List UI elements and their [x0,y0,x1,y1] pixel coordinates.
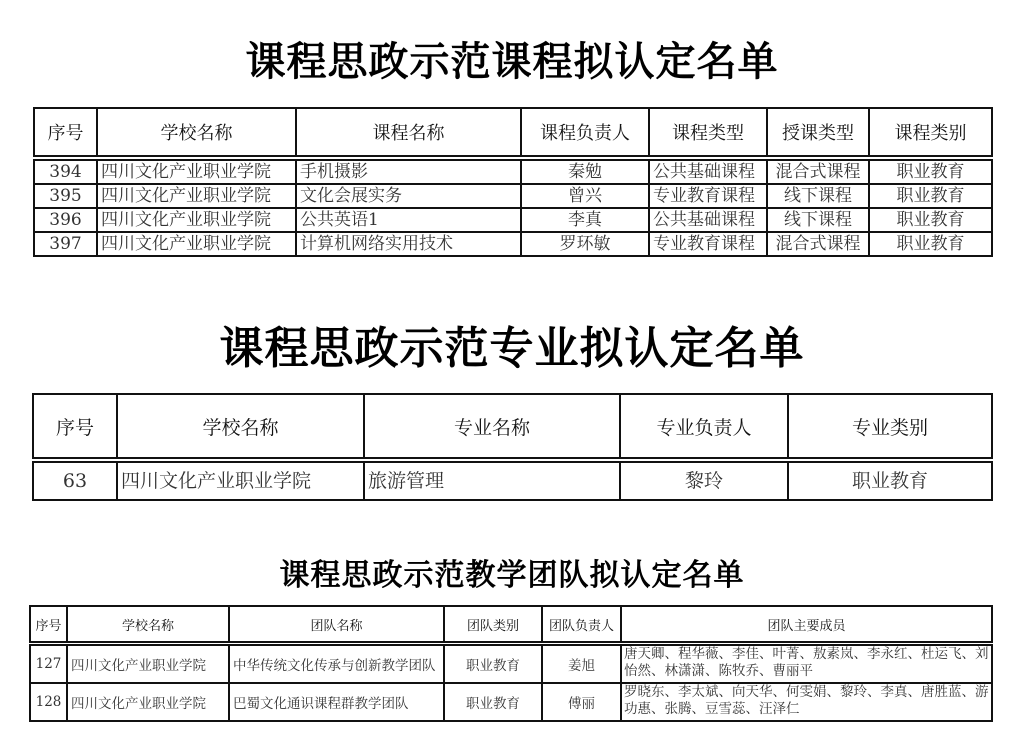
team-table: 127 四川文化产业职业学院 中华传统文化传承与创新教学团队 职业教育 姜旭 唐… [29,644,993,722]
col-header-team: 团队名称 [229,606,444,642]
team-table-header: 序号 学校名称 团队名称 团队类别 团队负责人 团队主要成员 [29,605,993,643]
cell-school: 四川文化产业职业学院 [97,232,296,256]
col-header-index: 序号 [30,606,67,642]
cell-category: 职业教育 [869,208,992,232]
major-table-header: 序号 学校名称 专业名称 专业负责人 专业类别 [32,393,993,459]
col-header-category: 专业类别 [788,394,992,458]
course-table: 394 四川文化产业职业学院 手机摄影 秦勉 公共基础课程 混合式课程 职业教育… [33,159,993,257]
cell-index: 394 [34,160,97,184]
col-header-leader: 专业负责人 [620,394,788,458]
col-header-course-type: 课程类型 [649,108,767,156]
cell-leader: 曾兴 [521,184,649,208]
cell-teaching-type: 混合式课程 [767,160,869,184]
cell-teaching-type: 线下课程 [767,208,869,232]
cell-major: 旅游管理 [364,462,620,500]
cell-index: 397 [34,232,97,256]
cell-course: 文化会展实务 [296,184,521,208]
cell-leader: 黎玲 [620,462,788,500]
cell-school: 四川文化产业职业学院 [97,160,296,184]
cell-category: 职业教育 [444,683,542,721]
cell-category: 职业教育 [869,232,992,256]
cell-school: 四川文化产业职业学院 [67,683,229,721]
header-row: 序号 学校名称 团队名称 团队类别 团队负责人 团队主要成员 [30,606,992,642]
cell-category: 职业教育 [869,184,992,208]
team-list-title: 课程思政示范教学团队拟认定名单 [0,550,1024,594]
cell-team: 中华传统文化传承与创新教学团队 [229,645,444,683]
major-table: 63 四川文化产业职业学院 旅游管理 黎玲 职业教育 [32,461,993,501]
cell-school: 四川文化产业职业学院 [97,208,296,232]
table-row: 395 四川文化产业职业学院 文化会展实务 曾兴 专业教育课程 线下课程 职业教… [34,184,992,208]
col-header-leader: 课程负责人 [521,108,649,156]
cell-team: 巴蜀文化通识课程群教学团队 [229,683,444,721]
cell-school: 四川文化产业职业学院 [67,645,229,683]
cell-category: 职业教育 [788,462,992,500]
cell-index: 128 [30,683,67,721]
col-header-course: 课程名称 [296,108,521,156]
cell-school: 四川文化产业职业学院 [117,462,364,500]
cell-leader: 秦勉 [521,160,649,184]
cell-leader: 傅丽 [542,683,621,721]
col-header-leader: 团队负责人 [542,606,621,642]
cell-school: 四川文化产业职业学院 [97,184,296,208]
col-header-index: 序号 [34,108,97,156]
table-row: 127 四川文化产业职业学院 中华传统文化传承与创新教学团队 职业教育 姜旭 唐… [30,645,992,683]
col-header-index: 序号 [33,394,117,458]
col-header-major: 专业名称 [364,394,620,458]
cell-course-type: 公共基础课程 [649,160,767,184]
col-header-category: 团队类别 [444,606,542,642]
col-header-school: 学校名称 [67,606,229,642]
cell-course-type: 专业教育课程 [649,184,767,208]
cell-leader: 李真 [521,208,649,232]
cell-teaching-type: 线下课程 [767,184,869,208]
table-row: 128 四川文化产业职业学院 巴蜀文化通识课程群教学团队 职业教育 傅丽 罗晓东… [30,683,992,721]
header-row: 序号 学校名称 课程名称 课程负责人 课程类型 授课类型 课程类别 [34,108,992,156]
table-row: 63 四川文化产业职业学院 旅游管理 黎玲 职业教育 [33,462,992,500]
course-list-title: 课程思政示范课程拟认定名单 [0,30,1024,87]
cell-course: 公共英语1 [296,208,521,232]
col-header-school: 学校名称 [97,108,296,156]
cell-members: 罗晓东、李太斌、向天华、何雯娟、黎玲、李真、唐胜蓝、游功惠、张腾、豆雪蕊、汪泽仁 [621,683,992,721]
col-header-category: 课程类别 [869,108,992,156]
cell-index: 63 [33,462,117,500]
cell-category: 职业教育 [444,645,542,683]
cell-teaching-type: 混合式课程 [767,232,869,256]
cell-leader: 姜旭 [542,645,621,683]
major-list-title: 课程思政示范专业拟认定名单 [0,312,1024,376]
cell-index: 127 [30,645,67,683]
table-row: 397 四川文化产业职业学院 计算机网络实用技术 罗环敏 专业教育课程 混合式课… [34,232,992,256]
cell-course: 手机摄影 [296,160,521,184]
cell-leader: 罗环敏 [521,232,649,256]
cell-course-type: 专业教育课程 [649,232,767,256]
cell-course: 计算机网络实用技术 [296,232,521,256]
col-header-members: 团队主要成员 [621,606,992,642]
cell-index: 396 [34,208,97,232]
header-row: 序号 学校名称 专业名称 专业负责人 专业类别 [33,394,992,458]
table-row: 396 四川文化产业职业学院 公共英语1 李真 公共基础课程 线下课程 职业教育 [34,208,992,232]
cell-category: 职业教育 [869,160,992,184]
col-header-school: 学校名称 [117,394,364,458]
col-header-teaching-type: 授课类型 [767,108,869,156]
table-row: 394 四川文化产业职业学院 手机摄影 秦勉 公共基础课程 混合式课程 职业教育 [34,160,992,184]
cell-course-type: 公共基础课程 [649,208,767,232]
course-table-header: 序号 学校名称 课程名称 课程负责人 课程类型 授课类型 课程类别 [33,107,993,157]
cell-index: 395 [34,184,97,208]
cell-members: 唐天卿、程华薇、李佳、叶菁、敖素岚、李永红、杜运飞、刘怡然、林潇潇、陈牧乔、曹丽… [621,645,992,683]
